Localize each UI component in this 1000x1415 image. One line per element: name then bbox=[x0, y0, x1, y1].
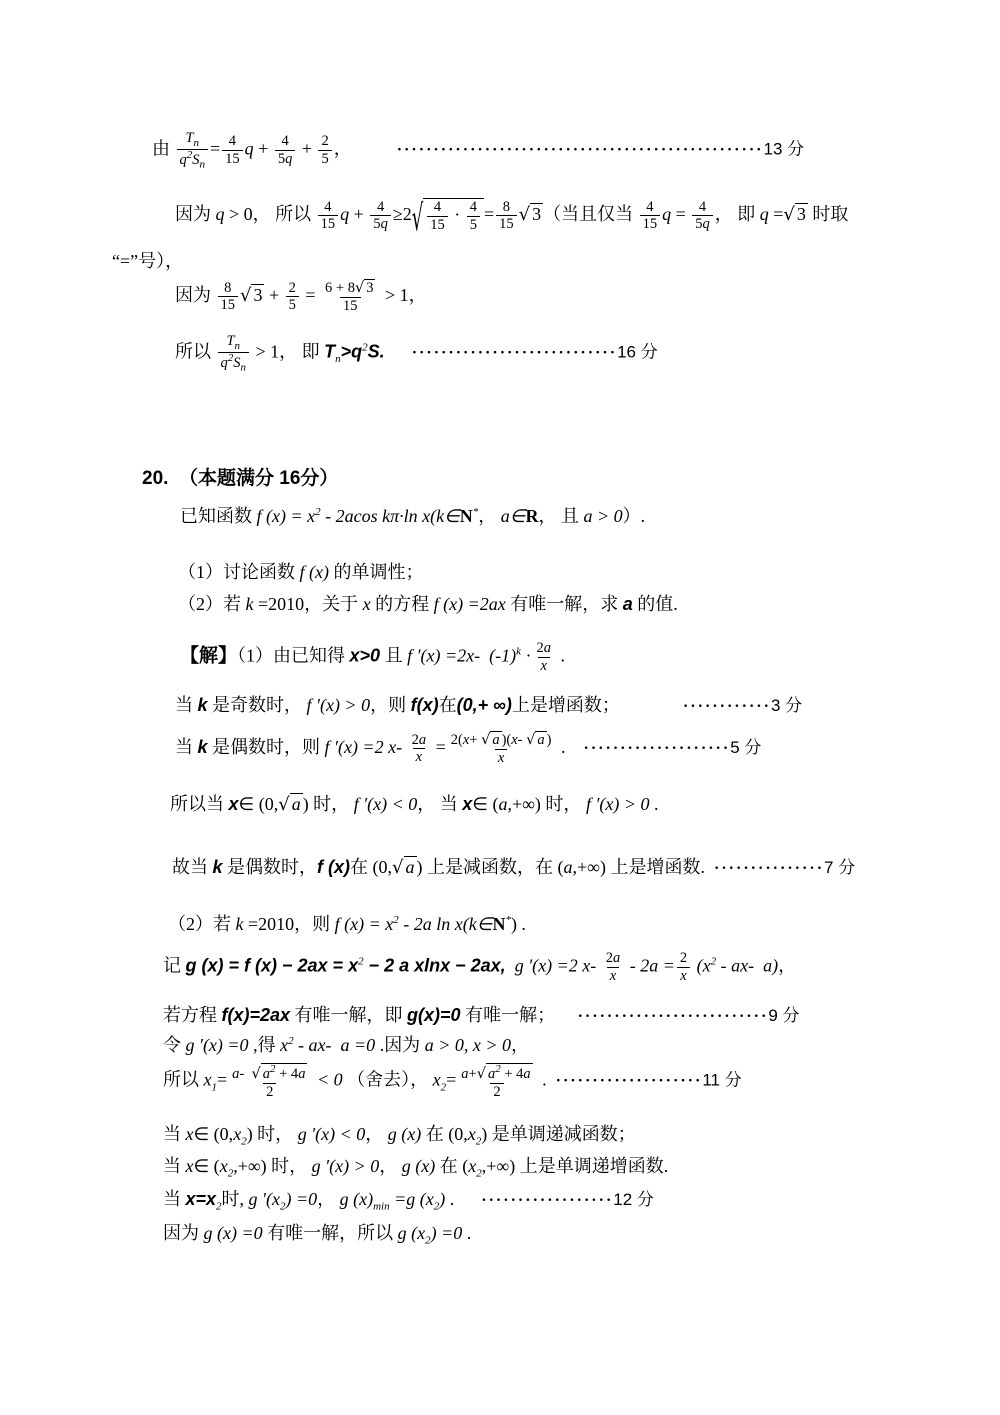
text-run: 5 bbox=[470, 217, 477, 233]
math-italic-run: a > 0 bbox=[583, 506, 622, 526]
math-italic-run: x bbox=[280, 1035, 288, 1055]
math-italic-run: x bbox=[498, 750, 504, 766]
text-run: 15 bbox=[499, 216, 514, 232]
square-root: √a bbox=[481, 732, 502, 748]
math-italic-run: k bbox=[246, 594, 254, 614]
text-run: 3 bbox=[366, 280, 373, 296]
fraction: a- √a2 + 4a2 bbox=[229, 1063, 310, 1100]
text-run: > 1， 即 bbox=[251, 341, 324, 361]
text-run: ，则 bbox=[370, 695, 411, 715]
math-italic-run: a∈ bbox=[501, 506, 526, 526]
score-mark: 12 分 bbox=[613, 1190, 654, 1209]
math-italic-run: a bbox=[263, 1066, 270, 1082]
radical-sign: √ bbox=[392, 859, 403, 877]
text-run: 当 bbox=[175, 695, 198, 715]
radicand: a bbox=[490, 731, 501, 749]
math-sans-run: g(x)=0 bbox=[407, 1005, 461, 1025]
text-run bbox=[385, 341, 412, 361]
math-italic-run: q bbox=[216, 204, 225, 224]
text-run: - bbox=[239, 1066, 251, 1082]
math-italic-run: x bbox=[233, 1124, 241, 1144]
text-run: = bbox=[484, 204, 494, 224]
final-line: 因为 g (x) =0 有唯一解，所以 g (x2) =0 . bbox=[163, 1222, 471, 1247]
document-page: 由 Tnq2Sn=415q + 45q + 25， ··············… bbox=[0, 0, 1000, 1415]
denominator: q2Sn bbox=[218, 352, 250, 374]
math-italic-run: g (x) bbox=[340, 1189, 373, 1209]
text-run: （2）若 bbox=[168, 914, 236, 934]
dotted-leader: ········································… bbox=[397, 141, 764, 158]
radical-sign: √ bbox=[481, 733, 490, 748]
math-italic-run: x bbox=[186, 1124, 194, 1144]
fraction: 2ax bbox=[533, 640, 554, 674]
text-run: 所以 bbox=[175, 341, 216, 361]
denominator: 15 bbox=[222, 150, 243, 168]
radicand: a bbox=[404, 856, 417, 878]
math-sans-run: x>0 bbox=[350, 645, 381, 665]
text-run: ， bbox=[379, 1156, 402, 1176]
score-mark: 9 分 bbox=[768, 1006, 799, 1025]
math-italic-run: q bbox=[340, 204, 349, 224]
fraction: 6 + 8√315 bbox=[322, 279, 378, 314]
radicand: 3 bbox=[795, 203, 808, 225]
denominator: 5 bbox=[318, 150, 331, 168]
text-run: ∈ (0, bbox=[239, 794, 279, 814]
square-root: √3 bbox=[783, 204, 807, 224]
text-run: ) 时， bbox=[247, 1124, 298, 1144]
step-7-points: 故当 k 是偶数时，f (x)在 (0,√a) 上是减函数，在 (a,+∞) 上… bbox=[172, 856, 855, 880]
text-run: . bbox=[445, 1189, 481, 1209]
denominator: x bbox=[538, 657, 550, 675]
text-run: 的值. bbox=[633, 594, 678, 614]
dotted-leader: ············ bbox=[683, 698, 771, 715]
text-run: = bbox=[446, 1070, 456, 1090]
math-italic-run: T bbox=[226, 333, 234, 349]
text-run: . bbox=[462, 1223, 471, 1243]
text-run: 有唯一解，求 bbox=[506, 594, 623, 614]
math-italic-run: x bbox=[220, 1156, 228, 1176]
score-mark: 5 分 bbox=[730, 738, 761, 757]
fraction: 45q bbox=[275, 133, 296, 167]
fraction: 415 bbox=[318, 199, 339, 233]
text-run bbox=[620, 695, 683, 715]
subscript: n bbox=[241, 362, 247, 374]
numerator: Tn bbox=[182, 130, 202, 149]
numerator: 2 bbox=[677, 950, 690, 967]
math-italic-run: q bbox=[662, 204, 671, 224]
text-run: 在 (0, bbox=[421, 1124, 468, 1144]
text-run: 由 bbox=[152, 138, 175, 158]
text-run: ,+∞) 上是单调递增函数. bbox=[482, 1156, 668, 1176]
text-run: ）. bbox=[623, 506, 646, 526]
text-run: 有唯一解，所以 bbox=[263, 1223, 398, 1243]
math-italic-run: g (x) bbox=[402, 1156, 435, 1176]
text-run: + 4 bbox=[501, 1066, 524, 1082]
text-run: 时取 bbox=[808, 204, 849, 224]
text-run: ， 当 bbox=[417, 794, 462, 814]
text-run: 因为 bbox=[163, 1223, 204, 1243]
text-run: + bbox=[297, 138, 316, 158]
math-italic-run: x bbox=[680, 968, 686, 984]
square-root: √a bbox=[278, 794, 302, 814]
text-run: + bbox=[469, 1066, 477, 1082]
subscript: n bbox=[200, 159, 206, 171]
radical-sign: √ bbox=[240, 287, 251, 305]
math-italic-run: g (x) =0 bbox=[204, 1223, 263, 1243]
math-italic-run: f (x) = x bbox=[335, 914, 394, 934]
math-sans-run: (0,+ ∞) bbox=[457, 695, 512, 715]
radical-sign: √ bbox=[252, 1067, 261, 1082]
math-italic-run: g ′(x bbox=[249, 1189, 280, 1209]
text-run: = bbox=[769, 204, 784, 224]
fraction: Tnq2Sn bbox=[218, 333, 250, 374]
math-sans-run: x=x bbox=[186, 1189, 217, 1209]
numerator: 4 bbox=[431, 199, 444, 216]
square-root: √a2 + 4a bbox=[477, 1066, 533, 1082]
text-run: - bbox=[518, 732, 526, 748]
math-italic-run: T bbox=[185, 130, 193, 146]
text-run: 的方程 bbox=[371, 594, 434, 614]
math-italic-run: ) =0 bbox=[431, 1223, 463, 1243]
math-italic-run: x bbox=[204, 1070, 212, 1090]
math-italic-run: f (x) bbox=[300, 562, 329, 582]
text-run: 是偶数时， bbox=[223, 857, 318, 877]
text-run: ∈ (0, bbox=[194, 1124, 234, 1144]
fraction: 2ax bbox=[603, 950, 624, 984]
numerator: 4 bbox=[643, 199, 656, 216]
fraction: 45 bbox=[467, 199, 480, 233]
score-mark: 7 分 bbox=[824, 858, 855, 877]
dotted-leader: ·················· bbox=[481, 1192, 613, 1209]
math-italic-run: f ′(x) =2x- (-1) bbox=[407, 645, 516, 665]
text-run: 在 ( bbox=[435, 1156, 468, 1176]
radical-sign: √ bbox=[526, 733, 535, 748]
dotted-leader: ·························· bbox=[578, 1008, 769, 1025]
text-run: （当且仅当 bbox=[543, 204, 638, 224]
text-run: ， bbox=[317, 1189, 340, 1209]
fraction: 415 bbox=[222, 133, 243, 167]
math-italic-run: a bbox=[523, 1066, 530, 1082]
text-run: ∈ ( bbox=[194, 1156, 220, 1176]
denominator: 5q bbox=[692, 215, 713, 233]
text-run: ,+∞) 上是增函数. bbox=[573, 857, 714, 877]
step-12-points: 当 x=x2时, g ′(x2) =0， g (x)min =g (x2) . … bbox=[163, 1188, 654, 1213]
text-run: 2 bbox=[536, 640, 543, 656]
step-16-points: 所以 Tnq2Sn > 1， 即 Tn>q2S. ···············… bbox=[175, 333, 658, 374]
math-italic-run: a bbox=[537, 732, 544, 748]
text-run: ∈ ( bbox=[472, 794, 498, 814]
math-sans-run: a bbox=[623, 594, 633, 614]
text-run: 2 bbox=[606, 950, 613, 966]
math-italic-run: a bbox=[461, 1066, 468, 1082]
text-run: 若方程 bbox=[163, 1005, 222, 1025]
text-run: 3 bbox=[253, 285, 262, 305]
score-mark: 3 分 bbox=[771, 696, 802, 715]
text-run: · bbox=[450, 204, 465, 224]
text-run: 8 bbox=[503, 199, 510, 215]
square-root: √a bbox=[526, 732, 547, 748]
math-bold-run: N bbox=[492, 914, 505, 934]
text-run: + bbox=[349, 204, 368, 224]
step-11-points: 所以 x1=a- √a2 + 4a2 < 0 （舍去）， x2=a+√a2 + … bbox=[163, 1063, 742, 1100]
text-run: =2010，则 bbox=[244, 914, 335, 934]
text-run: + bbox=[254, 138, 273, 158]
math-italic-run: f ′(x) < 0 bbox=[354, 794, 418, 814]
math-sans-run: k bbox=[213, 857, 223, 877]
square-root: √415 · 45 bbox=[412, 204, 484, 224]
math-italic-run: q bbox=[221, 355, 228, 371]
text-run: （舍去）， bbox=[343, 1070, 433, 1090]
math-italic-run: g ′(x) > 0 bbox=[312, 1156, 380, 1176]
math-italic-run: q bbox=[760, 204, 769, 224]
math-sans-run: k bbox=[198, 737, 208, 757]
math-italic-run: a bbox=[298, 1066, 305, 1082]
math-italic-run: f ′(x) > 0 bbox=[307, 695, 371, 715]
math-italic-run: - 2a ln x(k∈ bbox=[399, 914, 493, 934]
text-run: ) 上是减函数，在 ( bbox=[417, 857, 564, 877]
fraction: 2x bbox=[677, 950, 690, 984]
numerator: 2a bbox=[533, 640, 554, 657]
text-run: . bbox=[556, 645, 565, 665]
step-5-points: 当 k 是偶数时，则 f ′(x) =2 x- 2ax =2(x+ √a)(x-… bbox=[175, 731, 761, 766]
text-run: 故当 bbox=[172, 857, 213, 877]
square-root: √3 bbox=[519, 204, 543, 224]
math-sans-run: − 2 a xlnx − 2ax, bbox=[364, 955, 506, 975]
numerator: 4 bbox=[226, 133, 239, 150]
math-italic-run: a bbox=[292, 794, 301, 814]
text-run: + bbox=[264, 285, 283, 305]
text-run: 是偶数时，则 bbox=[208, 737, 325, 757]
math-italic-run: f (x) =2ax bbox=[434, 594, 506, 614]
text-run: 当 bbox=[163, 1124, 186, 1144]
text-run: 15 bbox=[343, 298, 358, 314]
radicand: 415 · 45 bbox=[423, 198, 484, 233]
text-run: + bbox=[469, 732, 481, 748]
text-run: 2 bbox=[289, 280, 296, 296]
dotted-leader: ···························· bbox=[412, 344, 617, 361]
text-run: ， bbox=[334, 138, 397, 158]
text-run: 时, bbox=[222, 1189, 249, 1209]
text-run: ， 即 bbox=[715, 204, 760, 224]
math-italic-run: < 0 bbox=[312, 1070, 342, 1090]
math-italic-run: x bbox=[468, 1124, 476, 1144]
text-run: 3 bbox=[532, 204, 541, 224]
denominator: 2 bbox=[263, 1083, 276, 1101]
fraction: 2(x+ √a)(x- √a)x bbox=[448, 731, 555, 766]
math-italic-run: g (x bbox=[398, 1223, 425, 1243]
math-italic-run: a bbox=[406, 857, 415, 877]
subscript: n bbox=[235, 340, 241, 352]
text-run: 所以当 bbox=[170, 794, 229, 814]
text-run: ， bbox=[365, 1124, 388, 1144]
text-run: 且 bbox=[380, 645, 407, 665]
text-run: 有唯一解，即 bbox=[290, 1005, 407, 1025]
math-italic-run: f ′(x) > 0 bbox=[586, 794, 650, 814]
square-root: √a bbox=[392, 857, 416, 877]
text-run: =2010，关于 bbox=[254, 594, 363, 614]
text-run: 当 bbox=[175, 737, 198, 757]
denominator: x bbox=[607, 967, 619, 985]
numerator: a+√a2 + 4a bbox=[458, 1063, 535, 1083]
dotted-leader: ··············· bbox=[714, 860, 824, 877]
text-run: 5 bbox=[321, 151, 328, 167]
text-run: )( bbox=[502, 732, 512, 748]
text-run: 在 (0, bbox=[350, 857, 392, 877]
math-italic-run: - ax- a =0 bbox=[294, 1035, 376, 1055]
math-italic-run: g (x) bbox=[388, 1124, 421, 1144]
part2-start: （2）若 k =2010，则 f (x) = x2 - 2a ln x(k∈N*… bbox=[168, 913, 526, 936]
text-run: 15 bbox=[225, 151, 240, 167]
text-run: = bbox=[431, 737, 446, 757]
text-run: 4 bbox=[281, 133, 288, 149]
denominator: q2Sn bbox=[177, 149, 209, 171]
step-3-points: 当 k 是奇数时， f ′(x) > 0，则 f(x)在(0,+ ∞)上是增函数… bbox=[175, 694, 802, 718]
text-run: > 0， 所以 bbox=[225, 204, 316, 224]
math-italic-run: q bbox=[245, 138, 254, 158]
text-run: 4 bbox=[377, 199, 384, 215]
text-run: 2 bbox=[266, 1084, 273, 1100]
math-sans-run: k bbox=[198, 695, 208, 715]
text-run: 在 bbox=[439, 695, 457, 715]
text-run: ， 且 bbox=[538, 506, 583, 526]
denominator: 5 bbox=[286, 296, 299, 314]
fraction: 45q bbox=[692, 199, 713, 233]
text-run: （2）若 bbox=[178, 594, 246, 614]
denominator: x bbox=[677, 967, 689, 985]
math-italic-run: g ′(x) =0 bbox=[186, 1035, 249, 1055]
text-run: 2 bbox=[493, 1084, 500, 1100]
text-run: ≥2 bbox=[393, 204, 412, 224]
text-run: 5 bbox=[373, 216, 380, 232]
math-sans-run: >q bbox=[341, 341, 363, 361]
text-run: 15 bbox=[430, 217, 445, 233]
bold-text-run: 20. （本题满分 16分） bbox=[142, 468, 338, 489]
square-root: √3 bbox=[240, 285, 264, 305]
fraction: 25 bbox=[318, 133, 331, 167]
denominator: x bbox=[413, 748, 425, 766]
dotted-leader: ···················· bbox=[556, 1073, 703, 1090]
denominator: 5q bbox=[275, 150, 296, 168]
denominator: 15 bbox=[496, 215, 517, 233]
fraction: 815 bbox=[496, 199, 517, 233]
text-run: 15 bbox=[643, 216, 658, 232]
step-13-points: 由 Tnq2Sn=415q + 45q + 25， ··············… bbox=[152, 130, 804, 171]
math-italic-run: q bbox=[285, 151, 292, 167]
radicand: 3 bbox=[530, 203, 543, 225]
math-italic-run: x bbox=[363, 594, 371, 614]
text-run: 2 bbox=[412, 732, 419, 748]
math-sans-run: x bbox=[229, 794, 239, 814]
text-run: = bbox=[671, 204, 690, 224]
numerator: 6 + 8√3 bbox=[322, 279, 378, 297]
text-run: ,得 bbox=[249, 1035, 281, 1055]
denominator: 15 bbox=[318, 215, 339, 233]
text-run: 5 bbox=[289, 297, 296, 313]
denominator: 5 bbox=[467, 216, 480, 234]
bold-text-run: 【解】 bbox=[180, 645, 237, 666]
text-run: ) bbox=[547, 732, 552, 748]
denominator: 15 bbox=[218, 296, 239, 314]
text-run: ， bbox=[511, 1035, 529, 1055]
text-run: .因为 bbox=[375, 1035, 425, 1055]
text-run: 2 bbox=[321, 133, 328, 149]
math-italic-run: f ′(x) =2 x- bbox=[325, 737, 407, 757]
score-mark: 16 分 bbox=[617, 342, 658, 361]
radicand: a bbox=[535, 731, 546, 749]
text-run: ， bbox=[478, 506, 501, 526]
denominator: 15 bbox=[427, 216, 448, 234]
math-italic-run: x bbox=[541, 658, 547, 674]
text-run: 4 bbox=[434, 199, 441, 215]
score-mark: 11 分 bbox=[702, 1071, 741, 1090]
text-run: ) . bbox=[511, 914, 526, 934]
question-1: （1）讨论函数 f (x) 的单调性； bbox=[178, 561, 423, 584]
denominator: 2 bbox=[490, 1083, 503, 1101]
text-run: 4 bbox=[699, 199, 706, 215]
math-italic-run: - 2a = bbox=[625, 955, 675, 975]
text-run: 4 bbox=[646, 199, 653, 215]
math-italic-run: (x bbox=[692, 955, 710, 975]
math-sans-run: f(x) bbox=[411, 695, 439, 715]
radical-sign: √ bbox=[477, 1067, 486, 1082]
math-italic-run: q bbox=[180, 152, 187, 168]
text-run: 所以 bbox=[163, 1070, 204, 1090]
radicand: 3 bbox=[364, 279, 375, 297]
denominator: x bbox=[495, 749, 507, 767]
math-italic-run: - 2acos kπ·ln x(k∈ bbox=[321, 506, 460, 526]
problem-statement: 已知函数 f (x) = x2 - 2acos kπ·ln x(k∈N*， a∈… bbox=[180, 505, 645, 528]
text-run: ， bbox=[778, 955, 796, 975]
fraction: Tnq2Sn bbox=[177, 130, 209, 171]
text-run: 是奇数时， bbox=[208, 695, 307, 715]
fraction: 25 bbox=[286, 280, 299, 314]
text-run: 记 bbox=[163, 955, 186, 975]
text-run: 15 bbox=[321, 216, 336, 232]
numerator: 2(x+ √a)(x- √a) bbox=[448, 731, 555, 749]
denominator: 5q bbox=[370, 215, 391, 233]
text-run: 2( bbox=[451, 732, 463, 748]
text-run: 15 bbox=[221, 297, 236, 313]
math-italic-run: g ′(x) =2 x- bbox=[515, 955, 601, 975]
solution-part1-start: 【解】（1）由已知得 x>0 且 f ′(x) =2x- (-1)k ·2ax … bbox=[180, 640, 565, 674]
text-run: 当 bbox=[163, 1156, 186, 1176]
math-italic-run: x bbox=[186, 1156, 194, 1176]
square-root: √3 bbox=[355, 280, 376, 296]
numerator: Tn bbox=[223, 333, 243, 352]
numerator: a- √a2 + 4a bbox=[229, 1063, 310, 1083]
math-sans-run: S. bbox=[368, 341, 385, 361]
numerator: 2a bbox=[409, 732, 430, 749]
problem-20-heading: 20. （本题满分 16分） bbox=[142, 467, 338, 492]
text-run: . bbox=[538, 1070, 556, 1090]
text-run: = bbox=[301, 285, 320, 305]
text-run: · bbox=[521, 645, 532, 665]
math-italic-run: a bbox=[544, 640, 551, 656]
dotted-leader: ···················· bbox=[583, 740, 730, 757]
text-run: ) 是单调递减函数； bbox=[481, 1124, 636, 1144]
text-run: 的单调性； bbox=[329, 562, 424, 582]
subscript: n bbox=[194, 137, 200, 149]
denominator: 15 bbox=[340, 297, 361, 315]
text-run: + 4 bbox=[276, 1066, 299, 1082]
text-run: 4 bbox=[324, 199, 331, 215]
numerator: 4 bbox=[374, 199, 387, 216]
text-run: = bbox=[210, 138, 220, 158]
text-run: 上是增函数； bbox=[512, 695, 620, 715]
text-run: ,+∞) 时， bbox=[233, 1156, 311, 1176]
text-run: 4 bbox=[229, 133, 236, 149]
text-run: （1）讨论函数 bbox=[178, 562, 300, 582]
math-italic-run: a bbox=[564, 857, 573, 877]
